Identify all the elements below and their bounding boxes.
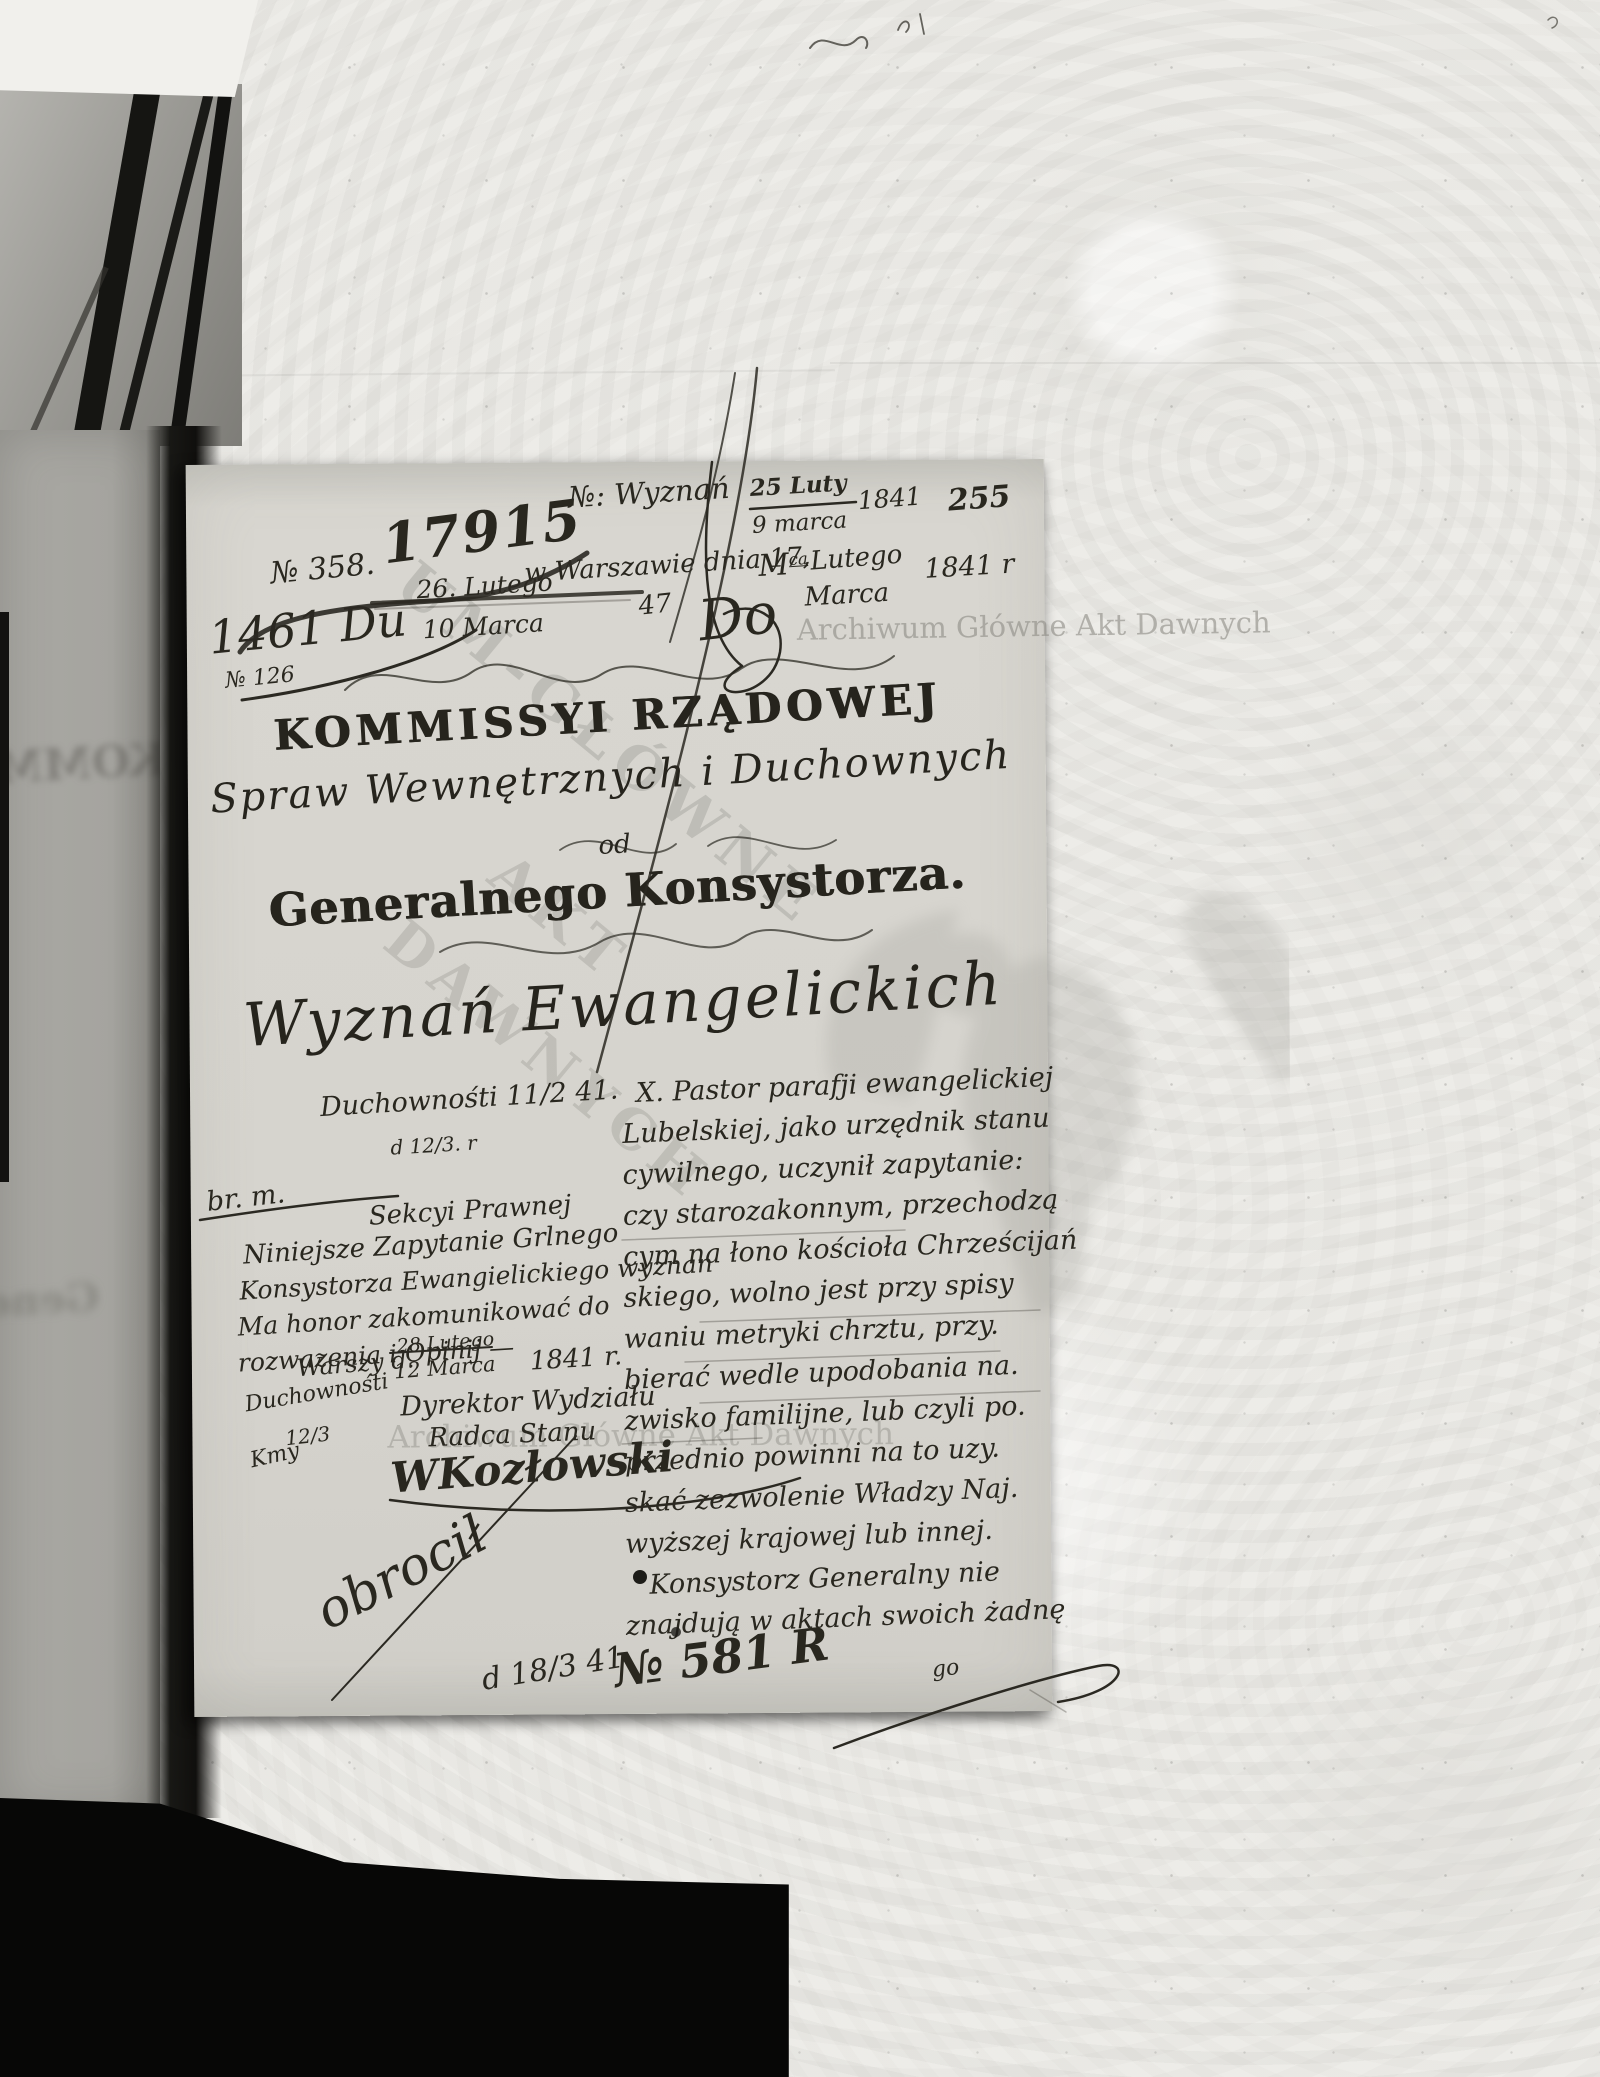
gutter-shadow-top <box>148 40 196 440</box>
book-fold <box>0 84 242 446</box>
document-page: Archiwum Główne Akt Dawnych Archiwum Głó… <box>186 459 1053 1717</box>
dept-year: 1841 <box>857 481 923 515</box>
body-right-line: wyższej krajowej lub innej. <box>625 1515 994 1560</box>
left-margin-initial: Kmy <box>248 1438 302 1473</box>
dispatch-number: 1461 Du <box>206 592 408 664</box>
signer-title-1: Dyrektor Wydziału <box>400 1381 657 1423</box>
left-date-year: 1841 r. <box>529 1341 623 1376</box>
dept-date-top: 25 Luty <box>749 469 847 502</box>
adjacent-page: KOMMIS Genera <box>0 430 160 1815</box>
note-47: 47 <box>637 588 673 622</box>
backing-sheet-edge <box>830 362 1600 364</box>
year-right: 1841 r <box>923 549 1015 585</box>
left-ref-line-2: d 12/3. r <box>390 1130 478 1159</box>
letterhead-line-5: Wyznań Ewangelickich <box>193 946 1054 1064</box>
month-top: Lutego <box>809 540 903 577</box>
body-right-line: Konsystorz Generalny nie <box>649 1556 1001 1600</box>
do-mark: Do <box>695 581 780 654</box>
photo-frame: KOMMIS Genera Archiwum Główne Akt Dawnyc… <box>0 0 1600 2077</box>
dept-date-bottom: 9 marca <box>751 507 847 539</box>
body-right-line: bierać wedle upodobania na. <box>623 1350 1019 1396</box>
turn-note: obrocił <box>306 1504 496 1642</box>
film-edge <box>0 612 9 1182</box>
expedition-date: d 18/3 41 <box>479 1640 627 1698</box>
page-corner-top-left <box>0 0 258 97</box>
ghost-text: KOMMIS <box>0 734 160 797</box>
ghost-text: Genera <box>0 1274 100 1329</box>
body-right-line: znajdują w aktach swoich żadnę <box>625 1594 1066 1642</box>
month-bottom: Marca <box>804 578 890 613</box>
letterhead: KOMMISSYI RZĄDOWEJ Spraw Wewnętrznych i … <box>178 668 1058 1135</box>
body-right-line: skać zezwolenie Władzy Naj. <box>624 1473 1019 1519</box>
month-abbr: Mca <box>757 546 809 584</box>
dept-note: №: Wyznań <box>567 471 731 515</box>
folio-number: 255 <box>947 479 1012 519</box>
margin-number: № 126 <box>224 662 296 693</box>
br-m-note: br. m. <box>205 1178 287 1218</box>
closing-initials: go <box>931 1655 961 1683</box>
registry-number: № 358. <box>269 547 377 592</box>
